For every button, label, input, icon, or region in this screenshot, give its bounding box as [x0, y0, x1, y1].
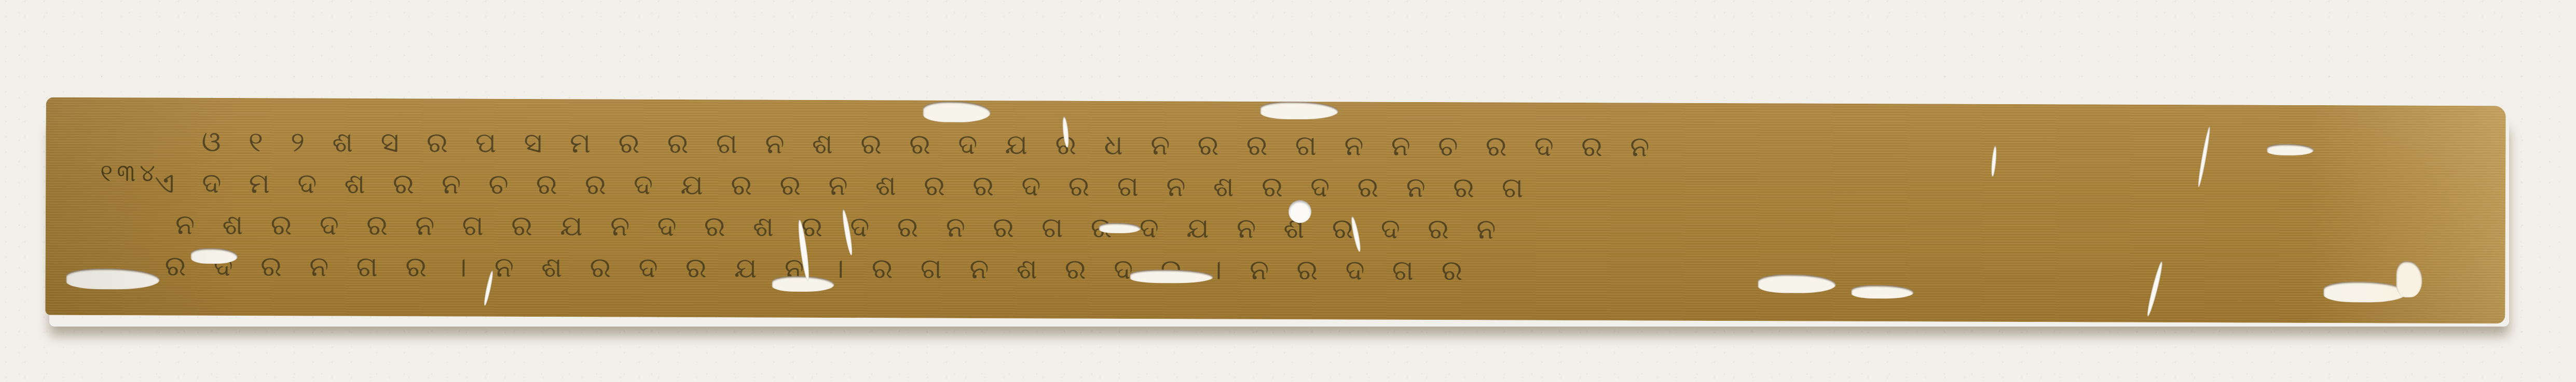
crack [1062, 116, 1070, 148]
image-description: Single long palm leaf photographed on a … [0, 0, 1, 1]
damage-hole [1260, 102, 1338, 120]
damage-hole [1851, 285, 1913, 299]
folio-numeral: ୧୩୪ [100, 159, 159, 188]
damage-hole [923, 102, 991, 122]
palm-leaf-manuscript: ୧୩୪ ଓ ୧ ୨ ଶ ସ ର ପ ସ ମ ର ର ଗ ନ ଶ ର ର ଦ ଯ … [45, 97, 2505, 324]
damage-hole [2267, 144, 2313, 155]
damage-hole [772, 276, 834, 292]
crack [1991, 146, 1997, 177]
damage-hole [2396, 261, 2422, 298]
crack [841, 209, 854, 256]
string-hole [1289, 200, 1311, 223]
crack [2197, 125, 2212, 188]
damage-hole [1130, 270, 1213, 284]
crack [2145, 260, 2164, 317]
text-line-3: ନ ଶ ର ଦ ର ନ ଗ ର ଯ ନ ଦ ର ଶ ର ଦ ର ନ ର ଗ ର … [175, 207, 2438, 251]
damage-hole [2323, 281, 2406, 303]
crack [797, 219, 811, 282]
text-line-1: ଓ ୧ ୨ ଶ ସ ର ପ ସ ମ ର ର ଗ ନ ଶ ର ର ଦ ଯ ର ଧ … [201, 124, 2438, 168]
crack [1350, 216, 1362, 252]
damage-hole [66, 268, 159, 290]
text-line-2: ଏ ଦ ମ ଦ ଶ ର ନ ଚ ର ର ଦ ଯ ର ର ନ ଶ ର ର ଦ ର … [155, 165, 2438, 209]
crack [483, 270, 495, 306]
damage-hole [1099, 223, 1141, 233]
damage-hole [1758, 274, 1835, 293]
text-line-4: ର ଦ ର ନ ଗ ର । ନ ଶ ର ଦ ର ଯ ନ । ର ଗ ନ ଶ ର … [165, 248, 2437, 292]
damage-hole [191, 248, 238, 264]
